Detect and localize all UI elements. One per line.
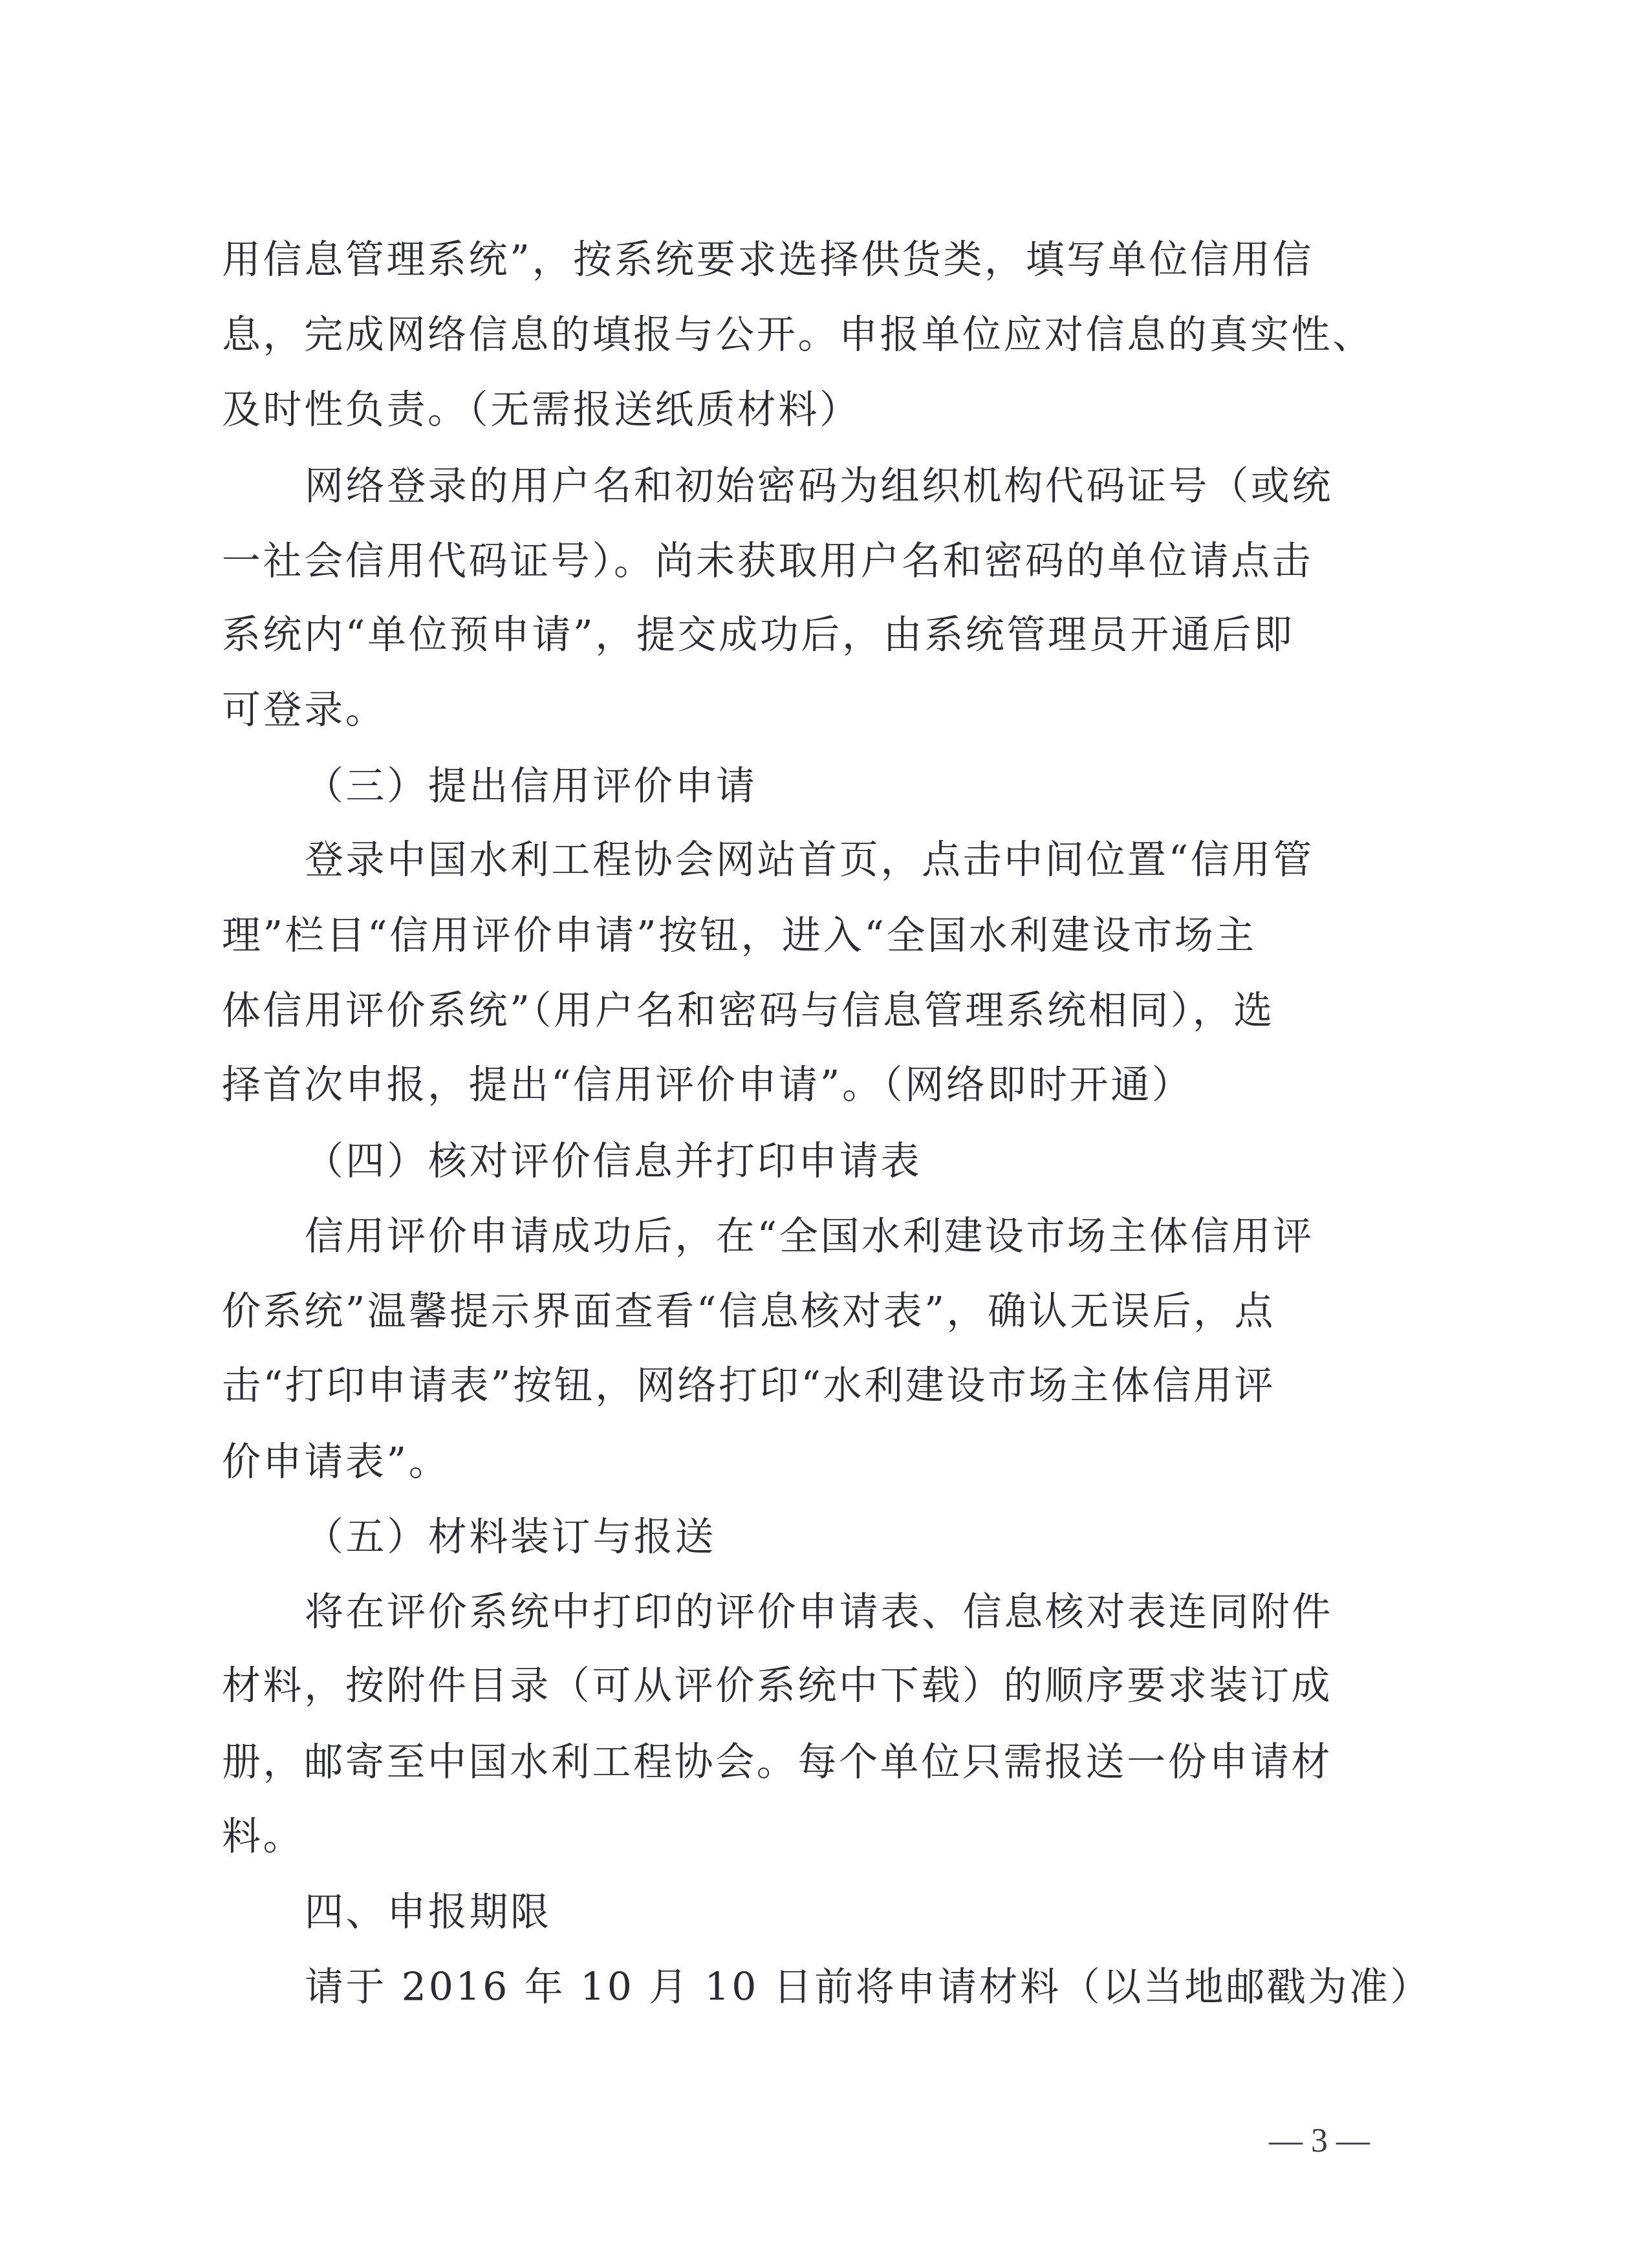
paragraph-first-line: 请于 2016 年 10 月 10 日前将申请材料（以当地邮戳为准） [305, 1961, 1469, 2013]
body-text-line: 系统内“单位预申请”，提交成功后，由系统管理员开通后即 [222, 609, 1386, 661]
paragraph-first-line: 将在评价系统中打印的评价申请表、信息核对表连同附件 [305, 1586, 1469, 1638]
body-text-line: 册，邮寄至中国水利工程协会。每个单位只需报送一份申请材 [222, 1736, 1386, 1788]
document-page: 用信息管理系统”，按系统要求选择供货类，填写单位信用信 息，完成网络信息的填报与… [0, 0, 1635, 2268]
body-text-line: 击“打印申请表”按钮，网络打印“水利建设市场主体信用评 [222, 1360, 1386, 1412]
body-text-line: 择首次申报，提出“信用评价申请”。（网络即时开通） [222, 1059, 1386, 1111]
body-text-line: 息，完成网络信息的填报与公开。申报单位应对信息的真实性、 [222, 309, 1386, 361]
paragraph-first-line: 登录中国水利工程协会网站首页，点击中间位置“信用管 [305, 834, 1469, 886]
body-text-line: 材料，按附件目录（可从评价系统中下载）的顺序要求装订成 [222, 1660, 1386, 1712]
section-heading-deadline: 四、申报期限 [305, 1886, 1469, 1938]
body-text-line: 一社会信用代码证号）。尚未获取用户名和密码的单位请点击 [222, 535, 1386, 587]
body-text-line: 体信用评价系统”（用户名和密码与信息管理系统相同），选 [222, 985, 1386, 1037]
section-heading-5: （五）材料装订与报送 [305, 1511, 1469, 1563]
section-heading-4: （四）核对评价信息并打印申请表 [305, 1136, 1469, 1187]
section-heading-3: （三）提出信用评价申请 [305, 761, 1469, 812]
body-text-line: 及时性负责。（无需报送纸质材料） [222, 384, 1386, 436]
body-text-line: 理”栏目“信用评价申请”按钮，进入“全国水利建设市场主 [222, 910, 1386, 962]
page-number: — 3 — [1248, 2119, 1391, 2164]
body-text-line: 用信息管理系统”，按系统要求选择供货类，填写单位信用信 [222, 234, 1386, 286]
body-text-line: 料。 [222, 1811, 1386, 1863]
paragraph-first-line: 网络登录的用户名和初始密码为组织机构代码证号（或统 [305, 460, 1469, 512]
body-text-line: 可登录。 [222, 684, 1386, 736]
paragraph-first-line: 信用评价申请成功后，在“全国水利建设市场主体信用评 [305, 1211, 1469, 1262]
body-text-line: 价系统”温馨提示界面查看“信息核对表”，确认无误后，点 [222, 1286, 1386, 1337]
body-text-line: 价申请表”。 [222, 1436, 1386, 1488]
